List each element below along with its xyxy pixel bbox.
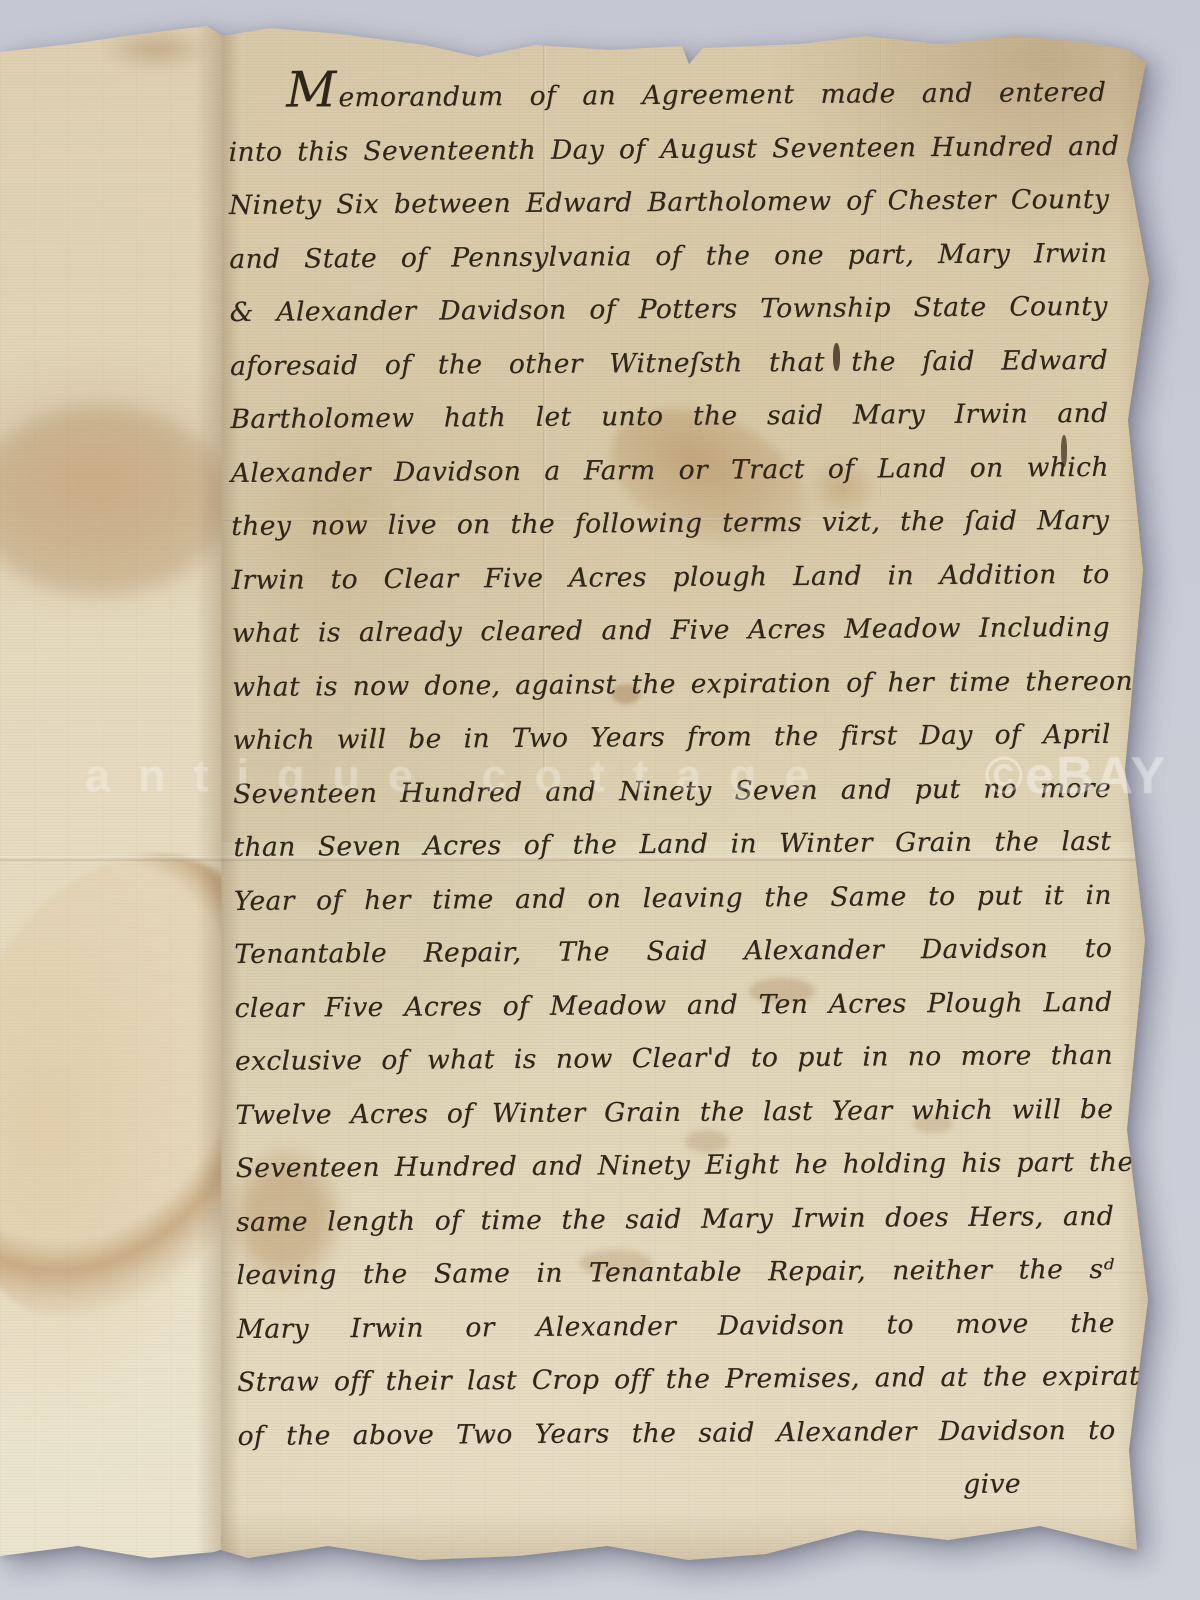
manuscript-line: than Seven Acres of the Land in Winter G… <box>233 815 1111 875</box>
manuscript-line: clear Five Acres of Meadow and Ten Acres… <box>234 975 1112 1035</box>
manuscript-line: of the above Two Years the said Alexande… <box>237 1403 1115 1463</box>
deckle-edge-shade <box>213 1510 1160 1568</box>
manuscript-line: Year of her time and on leaving the Same… <box>234 868 1112 928</box>
manuscript-line: aforesaid of the other Witneſsth that th… <box>230 333 1108 393</box>
deckle-edge-shade <box>1118 10 1160 1568</box>
paper: Memorandum of an Agreement made and ente… <box>0 0 1200 1600</box>
paper-sheet-main: Memorandum of an Agreement made and ente… <box>213 10 1160 1568</box>
manuscript-line: into this Seventeenth Day of August Seve… <box>228 119 1106 179</box>
manuscript-line: they now live on the following terms viz… <box>231 494 1109 554</box>
manuscript-line: Seventeen Hundred and Ninety Eight he ho… <box>235 1136 1113 1196</box>
manuscript-text: Memorandum of an Agreement made and ente… <box>228 66 1116 1517</box>
manuscript-catchword: give <box>238 1457 1116 1517</box>
manuscript-line: Straw off their last Crop off the Premis… <box>237 1350 1115 1410</box>
manuscript-line: Mary Irwin or Alexander Davidson to move… <box>237 1296 1115 1356</box>
manuscript-line: Memorandum of an Agreement made and ente… <box>228 66 1106 126</box>
document-photo: Memorandum of an Agreement made and ente… <box>0 0 1200 1600</box>
manuscript-line: same length of time the said Mary Irwin … <box>236 1189 1114 1249</box>
manuscript-line: which will be in Two Years from the firs… <box>232 708 1110 768</box>
manuscript-line: & Alexander Davidson of Potters Township… <box>229 280 1107 340</box>
manuscript-line: Bartholomew hath let unto the said Mary … <box>230 387 1108 447</box>
manuscript-line: exclusive of what is now Clear'd to put … <box>235 1029 1113 1089</box>
manuscript-line: Ninety Six between Edward Bartholomew of… <box>229 173 1107 233</box>
manuscript-line: Irwin to Clear Five Acres plough Land in… <box>231 547 1109 607</box>
manuscript-line: and State of Pennsylvania of the one par… <box>229 226 1107 286</box>
manuscript-line: what is now done, against the expiration… <box>232 654 1110 714</box>
manuscript-line: Tenantable Repair, The Said Alexander Da… <box>234 922 1112 982</box>
fold-crease <box>0 856 226 861</box>
manuscript-line: Seventeen Hundred and Ninety Seven and p… <box>233 761 1111 821</box>
manuscript-line: leaving the Same in Tenantable Repair, n… <box>236 1243 1114 1303</box>
manuscript-line: Twelve Acres of Winter Grain the last Ye… <box>235 1082 1113 1142</box>
manuscript-line: what is already cleared and Five Acres M… <box>232 601 1110 661</box>
paper-fold-left <box>0 18 226 1568</box>
manuscript-line: Alexander Davidson a Farm or Tract of La… <box>231 440 1109 500</box>
